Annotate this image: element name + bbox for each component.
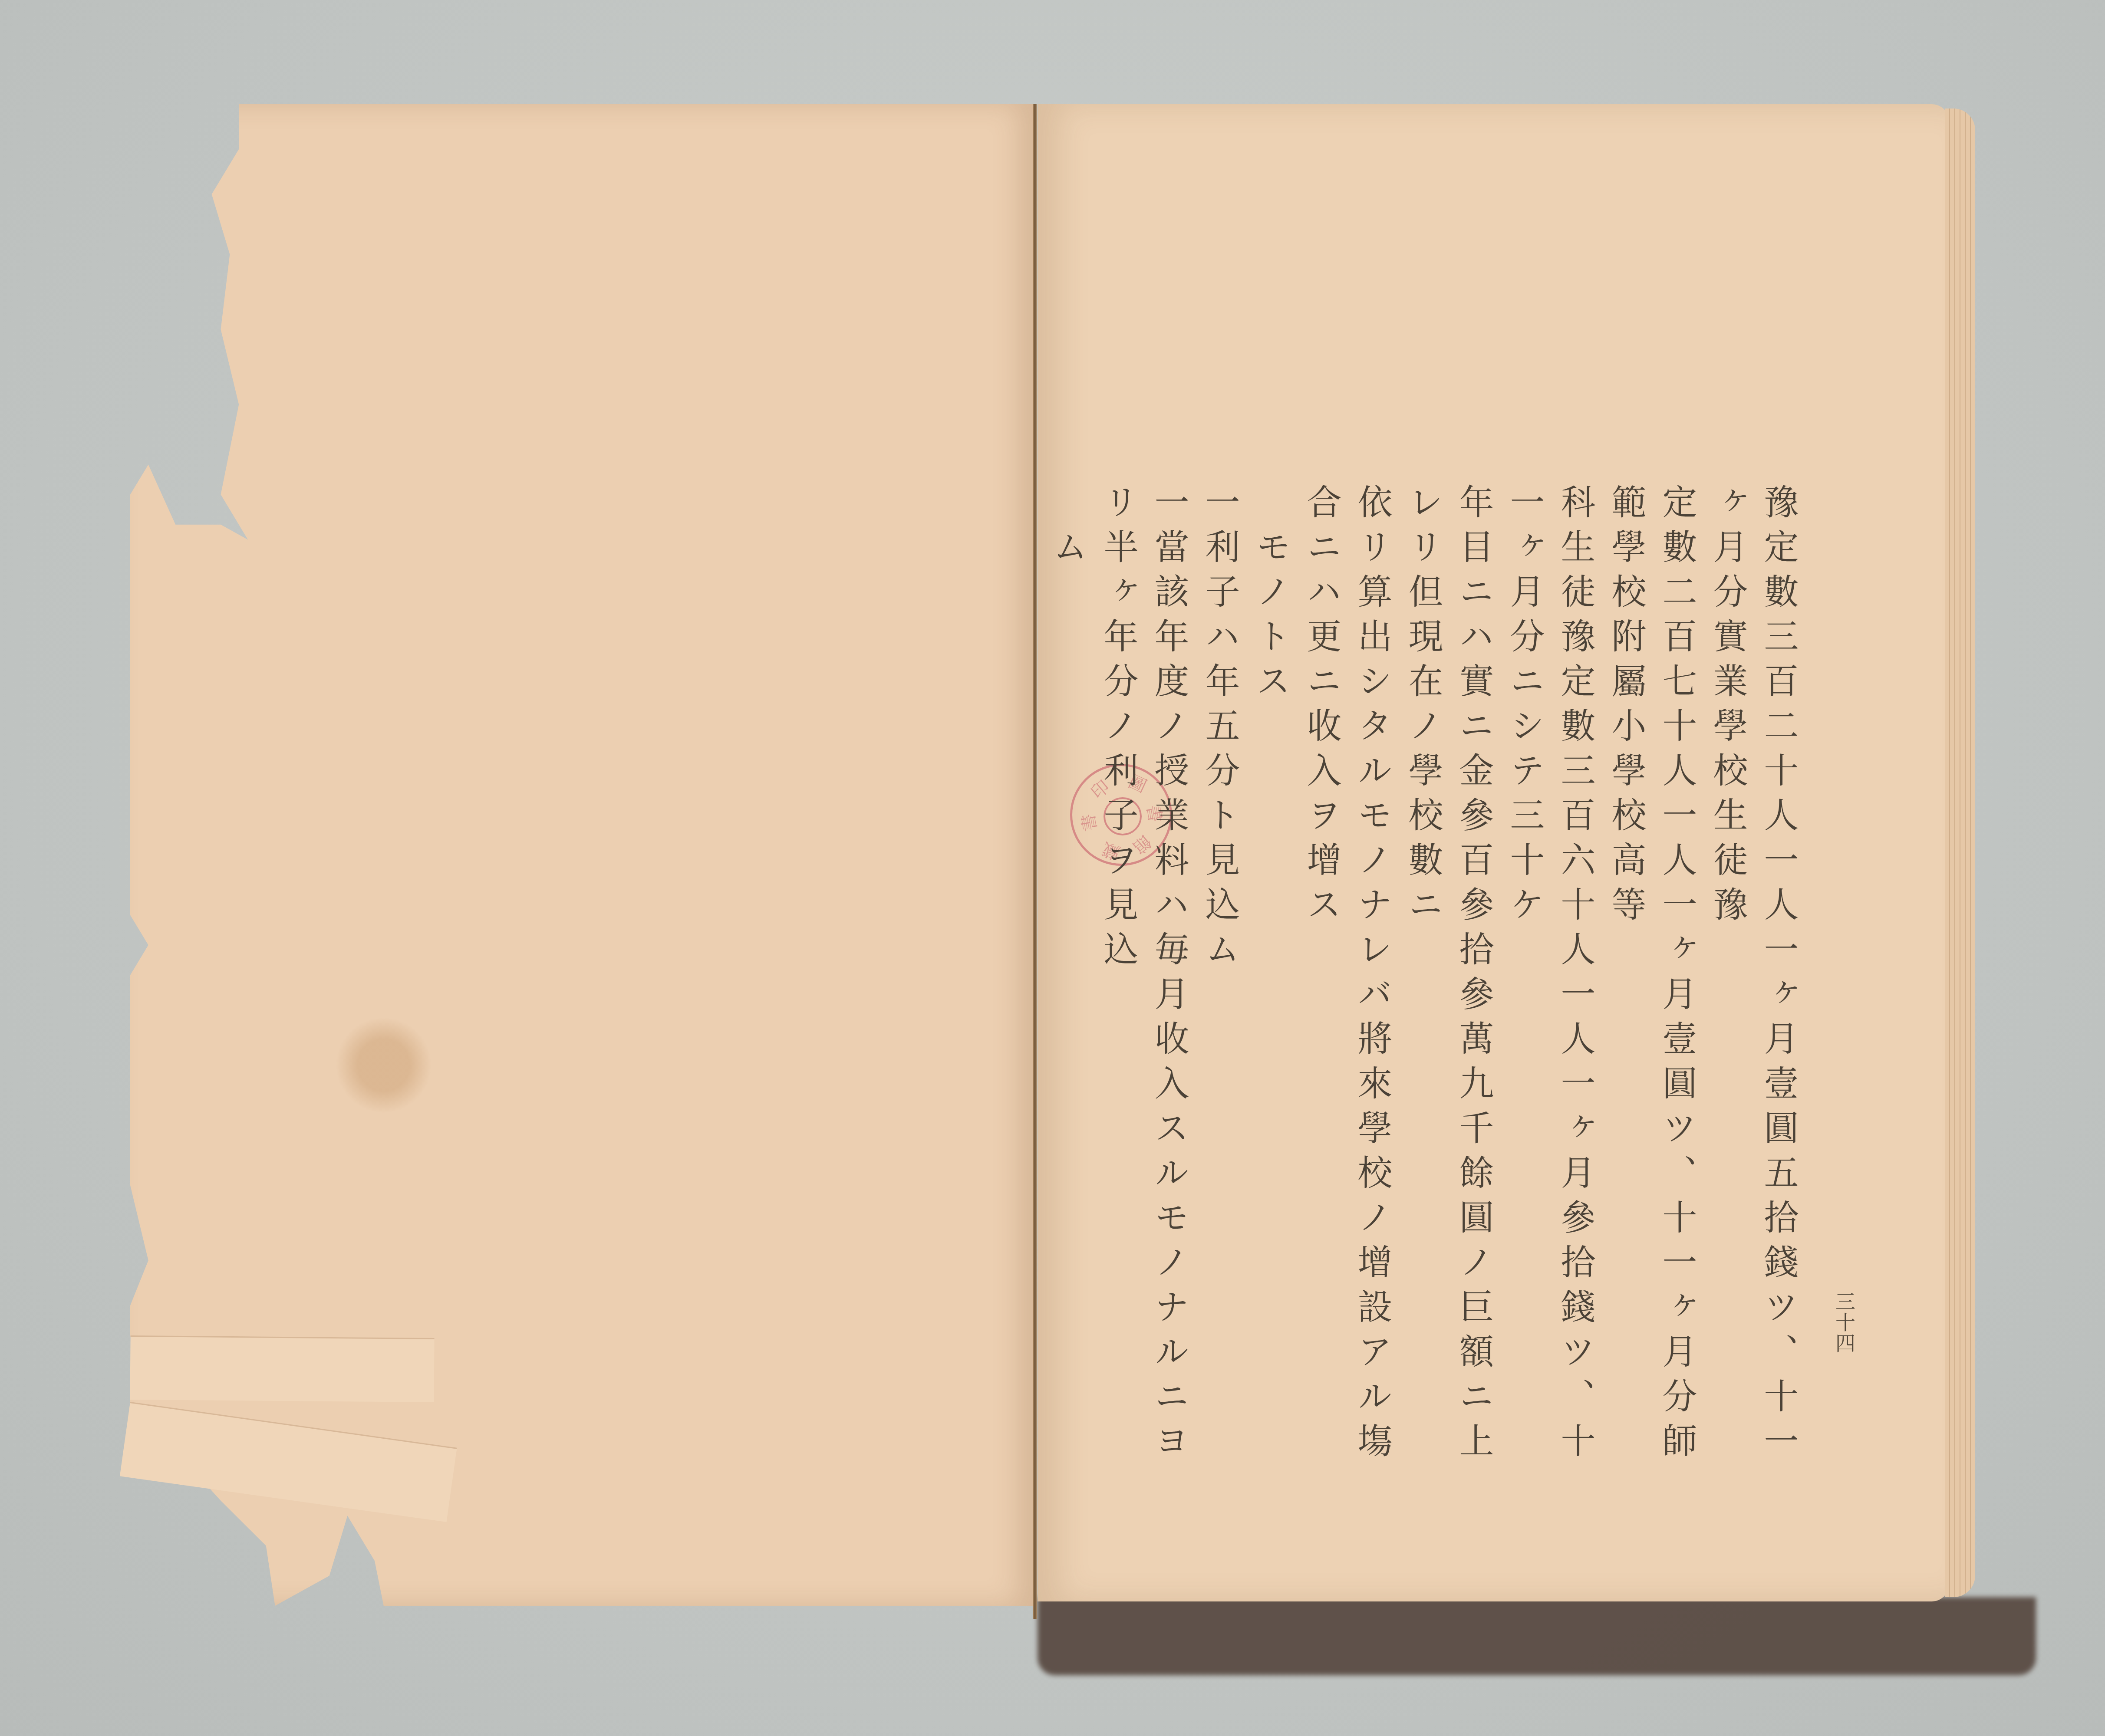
page-edges — [1945, 108, 1975, 1597]
list-item-interest: 一利子ハ年五分ト見込ム — [1194, 484, 1245, 1482]
book-spine-gutter — [1033, 104, 1037, 1619]
torn-paper-strip — [130, 1335, 434, 1402]
text-column: 豫定數三百二十人一人一ヶ月壹圓五拾錢ツ、十一ヶ月分實業學校生徒豫 — [1702, 484, 1804, 1482]
text-column: 依リ算出シタルモノナレバ將來學校ノ增設アル塲合ニハ更ニ收入ヲ增ス — [1296, 484, 1397, 1482]
text-column: モノトス — [1245, 484, 1296, 1482]
text-column: 科生徒豫定數三百六十人一人一ヶ月參拾錢ツ、十一ヶ月分ニシテ三十ケ — [1499, 484, 1601, 1482]
body-text: 豫定數三百二十人一人一ヶ月壹圓五拾錢ツ、十一ヶ月分實業學校生徒豫 定數二百七十人… — [1413, 484, 1804, 1482]
text-column: 定數二百七十人一人一ヶ月壹圓ツ、十一ヶ月分師範學校附屬小學校高等 — [1601, 484, 1702, 1482]
text-column: 年目ニハ實ニ金參百參拾參萬九千餘圓ノ巨額ニ上レリ但現在ノ學校數ニ — [1397, 484, 1499, 1482]
list-item-tuition: 一當該年度ノ授業料ハ毎月收入スルモノナルニヨリ半ヶ年分ノ利子ヲ見込 — [1093, 484, 1194, 1482]
page-number: 三十四 — [1830, 1291, 1858, 1354]
text-column: ム — [1042, 484, 1093, 1482]
book-shadow — [1038, 1597, 2036, 1675]
